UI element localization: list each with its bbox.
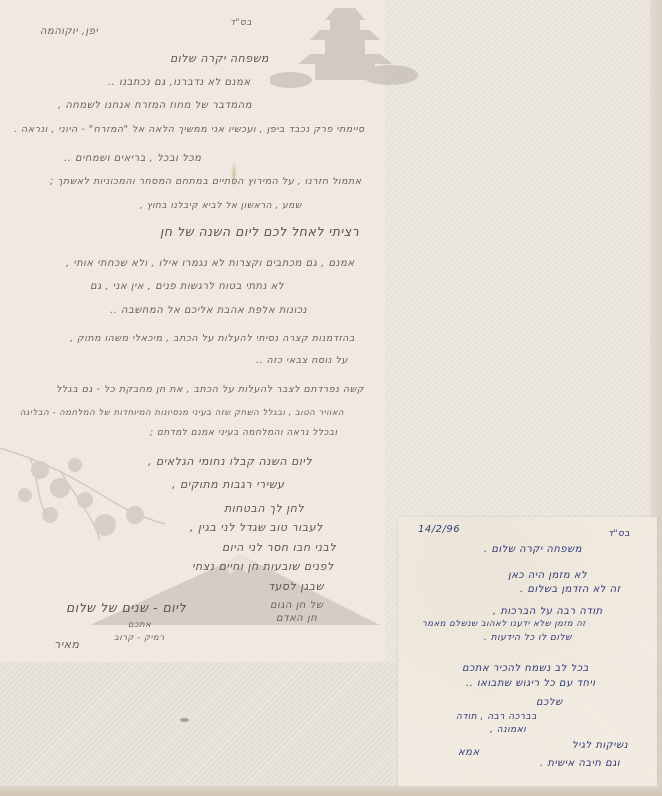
letter-line: האוויר הטוב , ובגלל השחק שזה בעיני מנסיו… (20, 408, 344, 418)
card-line: בכל לב נשמח להכיר אתכם (462, 663, 589, 674)
card-line: זה לא הזדמן בשלום . (520, 584, 621, 595)
poem-line: לעבור טוב שגדל לני בגין , (190, 521, 323, 534)
poem-line: לפנים שובעות חן וחיים נצחי (192, 560, 334, 573)
card-date: 14/2/96 (418, 524, 460, 535)
poem-line: עשירי רגבות מתוקים , (172, 478, 284, 491)
castle-drawing-icon (270, 0, 420, 90)
letter-line: ובכלל נראה והמלחמה בעיני אמנם למדתם ; (150, 428, 338, 438)
card-line: תודה רבה על הברכות , (493, 606, 603, 617)
card-signature: אמא (458, 747, 480, 758)
letter-line: סיימתי פרק נכבד ביפן , ועכשיו אני ממשיך … (14, 124, 365, 135)
letter-line: אתמול חזרנו , על המירוץ הסתיים במתחם המס… (50, 176, 362, 187)
letter-line: מהמדבר של מחוז המזרח אנחנו לשמחה , (58, 100, 252, 111)
letter-closing-sub: רמיק - קרוב (114, 633, 165, 643)
letter-greeting: משפחה יקרה שלום (170, 52, 269, 65)
bottom-edge (0, 786, 662, 796)
letter-closing-sub: אתכם (128, 620, 151, 630)
letter-closing: ליום - שנים של שלום (66, 600, 186, 615)
note-card: 14/2/96 בס"ד משפחה יקרה שלום . לא מזמן ה… (398, 517, 657, 788)
corner-mark: בס"ד (230, 18, 252, 28)
card-corner-mark: בס"ד (608, 529, 630, 539)
paper-smudge (180, 718, 189, 722)
poem-line: חן האדם (276, 613, 317, 624)
letter-line: רציתי לאחל לכם ליום השנה של חן (160, 224, 359, 239)
letter-line: אמנם , גם מכתבים וקצרות לא נגמרו אילו , … (66, 258, 355, 269)
letter-line: נכונות אלפת אהבת אליכם אל המחשבה .. (110, 305, 307, 316)
poem-line: לבני חבו חסר לני היום (222, 541, 336, 554)
poem-line: לחן לך הבטחות (224, 502, 304, 515)
card-line: שלום לו כל הידעות . (484, 633, 572, 643)
letter-line: קשה נפרדתם לצבר להעלות על הכתב , את חן מ… (56, 384, 364, 395)
card-line: ויחד עם כל ריגוש שתבואו .. (466, 678, 595, 689)
letter-line: בהזדמנות קצרה נסיתי להעלות על הכתב , מיכ… (70, 333, 355, 344)
card-sign-line: וגם חיבה אישית . (540, 758, 620, 769)
letter-signature: מאיר (54, 638, 80, 651)
card-sign-line: נשיקות לגיל (572, 740, 628, 751)
paper-stain (231, 160, 237, 188)
card-closing-sub: ואמונה , (490, 725, 526, 735)
poem-line: של חן הגום (270, 600, 323, 611)
letter-line: על נוסח צבאי כזה .. (256, 355, 348, 366)
letter-sheet: בס"ד יפן, יוקוהמה משפחה יקרה שלום אמנם ל… (0, 0, 385, 662)
card-closing-sub: בברכה רבה , תודה (456, 712, 537, 722)
cherry-blossom-drawing-icon (0, 440, 170, 560)
card-closing: שלכם (536, 697, 563, 708)
letter-lower-band (0, 662, 400, 786)
letter-line: לא נתתי בטוח לרגשות פנים , אין אני , גם (90, 281, 284, 292)
poem-line: ליום השנה קבלו נחומי הגלאים , (148, 455, 312, 468)
card-line: זה מזמן שלא ידענו לאהוב שנשלם מאמר (422, 619, 586, 629)
letter-line: אמנם לא נדברנו, גם נכתבנו .. (108, 77, 251, 88)
place-date: יפן, יוקוהמה (40, 26, 98, 37)
poem-line: שבגן לסעד (268, 580, 324, 593)
letter-line: שמע , הראשון אל לביא קיבלנו בחוץ , (140, 201, 302, 211)
card-line: לא מזמן היה כאן (508, 570, 587, 581)
card-greeting: משפחה יקרה שלום . (484, 544, 582, 555)
letter-line: מכל ובכל , בריאים ושמחים .. (64, 153, 201, 164)
